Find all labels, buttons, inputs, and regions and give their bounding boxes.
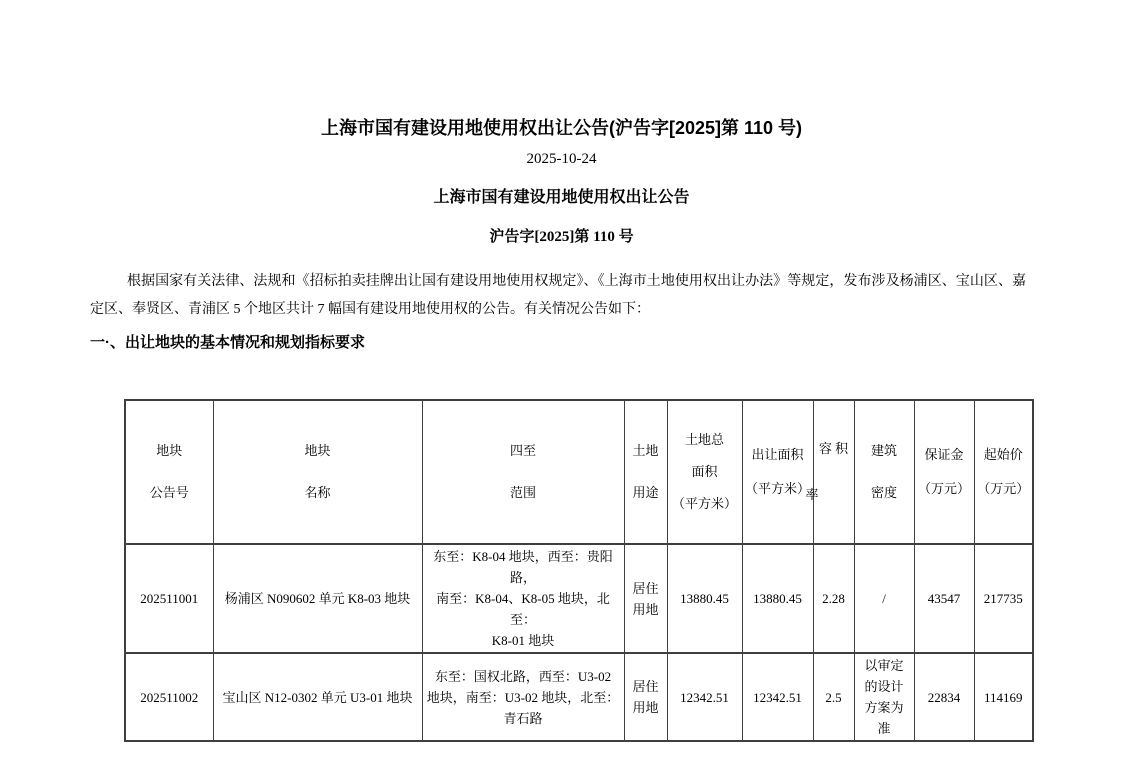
- deposit-cell: 43547: [914, 544, 974, 653]
- land-use-cell: 居住 用地: [624, 653, 667, 741]
- table-header-row: 地块 公告号 地块 名称 四至 范围 土地 用途 土地总 面积 （平方米） 出让…: [125, 400, 1033, 544]
- header-plot-ratio-text: 容 积 率: [816, 418, 852, 526]
- building-density-cell: /: [854, 544, 914, 653]
- table-row: 202511002 宝山区 N12-0302 单元 U3-01 地块 东至：国权…: [125, 653, 1033, 741]
- starting-price-cell: 217735: [974, 544, 1033, 653]
- parcel-name-cell: 宝山区 N12-0302 单元 U3-01 地块: [213, 653, 422, 741]
- document-subtitle: 上海市国有建设用地使用权出让公告: [0, 188, 1123, 208]
- land-parcels-table: 地块 公告号 地块 名称 四至 范围 土地 用途 土地总 面积 （平方米） 出让…: [124, 399, 1034, 742]
- header-land-use: 土地 用途: [624, 400, 667, 544]
- publish-date: 2025-10-24: [0, 150, 1123, 168]
- total-area-cell: 12342.51: [667, 653, 742, 741]
- parcel-no-cell: 202511002: [125, 653, 213, 741]
- header-total-land-area: 土地总 面积 （平方米）: [667, 400, 742, 544]
- boundaries-cell: 东至：K8-04 地块，西至：贵阳路， 南至：K8-04、K8-05 地块，北至…: [422, 544, 624, 653]
- header-parcel-name: 地块 名称: [213, 400, 422, 544]
- table-row: 202511001 杨浦区 N090602 单元 K8-03 地块 东至：K8-…: [125, 544, 1033, 653]
- plot-ratio-cell: 2.5: [813, 653, 854, 741]
- header-building-density: 建筑 密度: [854, 400, 914, 544]
- document-number: 沪告字[2025]第 110 号: [0, 228, 1123, 247]
- header-plot-ratio: 容 积 率: [813, 400, 854, 544]
- header-transfer-area: 出让面积 （平方米）: [742, 400, 813, 544]
- parcel-no-cell: 202511001: [125, 544, 213, 653]
- document-page: 上海市国有建设用地使用权出让公告(沪告字[2025]第 110 号) 2025-…: [0, 0, 1123, 779]
- parcel-name-cell: 杨浦区 N090602 单元 K8-03 地块: [213, 544, 422, 653]
- page-title: 上海市国有建设用地使用权出让公告(沪告字[2025]第 110 号): [0, 0, 1123, 140]
- building-density-cell: 以审定 的设计 方案为 准: [854, 653, 914, 741]
- header-plot-ratio-line1: 容 积: [816, 434, 852, 464]
- intro-paragraph: 根据国家有关法律、法规和《招标拍卖挂牌出让国有建设用地使用权规定》、《上海市土地…: [90, 268, 1026, 324]
- header-deposit: 保证金 （万元）: [914, 400, 974, 544]
- deposit-cell: 22834: [914, 653, 974, 741]
- header-starting-price: 起始价 （万元）: [974, 400, 1033, 544]
- land-use-cell: 居住 用地: [624, 544, 667, 653]
- transfer-area-cell: 13880.45: [742, 544, 813, 653]
- total-area-cell: 13880.45: [667, 544, 742, 653]
- starting-price-cell: 114169: [974, 653, 1033, 741]
- plot-ratio-cell: 2.28: [813, 544, 854, 653]
- transfer-area-cell: 12342.51: [742, 653, 813, 741]
- header-plot-ratio-line2: 率: [806, 480, 852, 510]
- header-boundaries: 四至 范围: [422, 400, 624, 544]
- section-heading: 一·、出让地块的基本情况和规划指标要求: [90, 330, 1123, 356]
- header-parcel-announcement-no: 地块 公告号: [125, 400, 213, 544]
- boundaries-cell: 东至：国权北路，西至：U3-02 地块，南至：U3-02 地块，北至： 青石路: [422, 653, 624, 741]
